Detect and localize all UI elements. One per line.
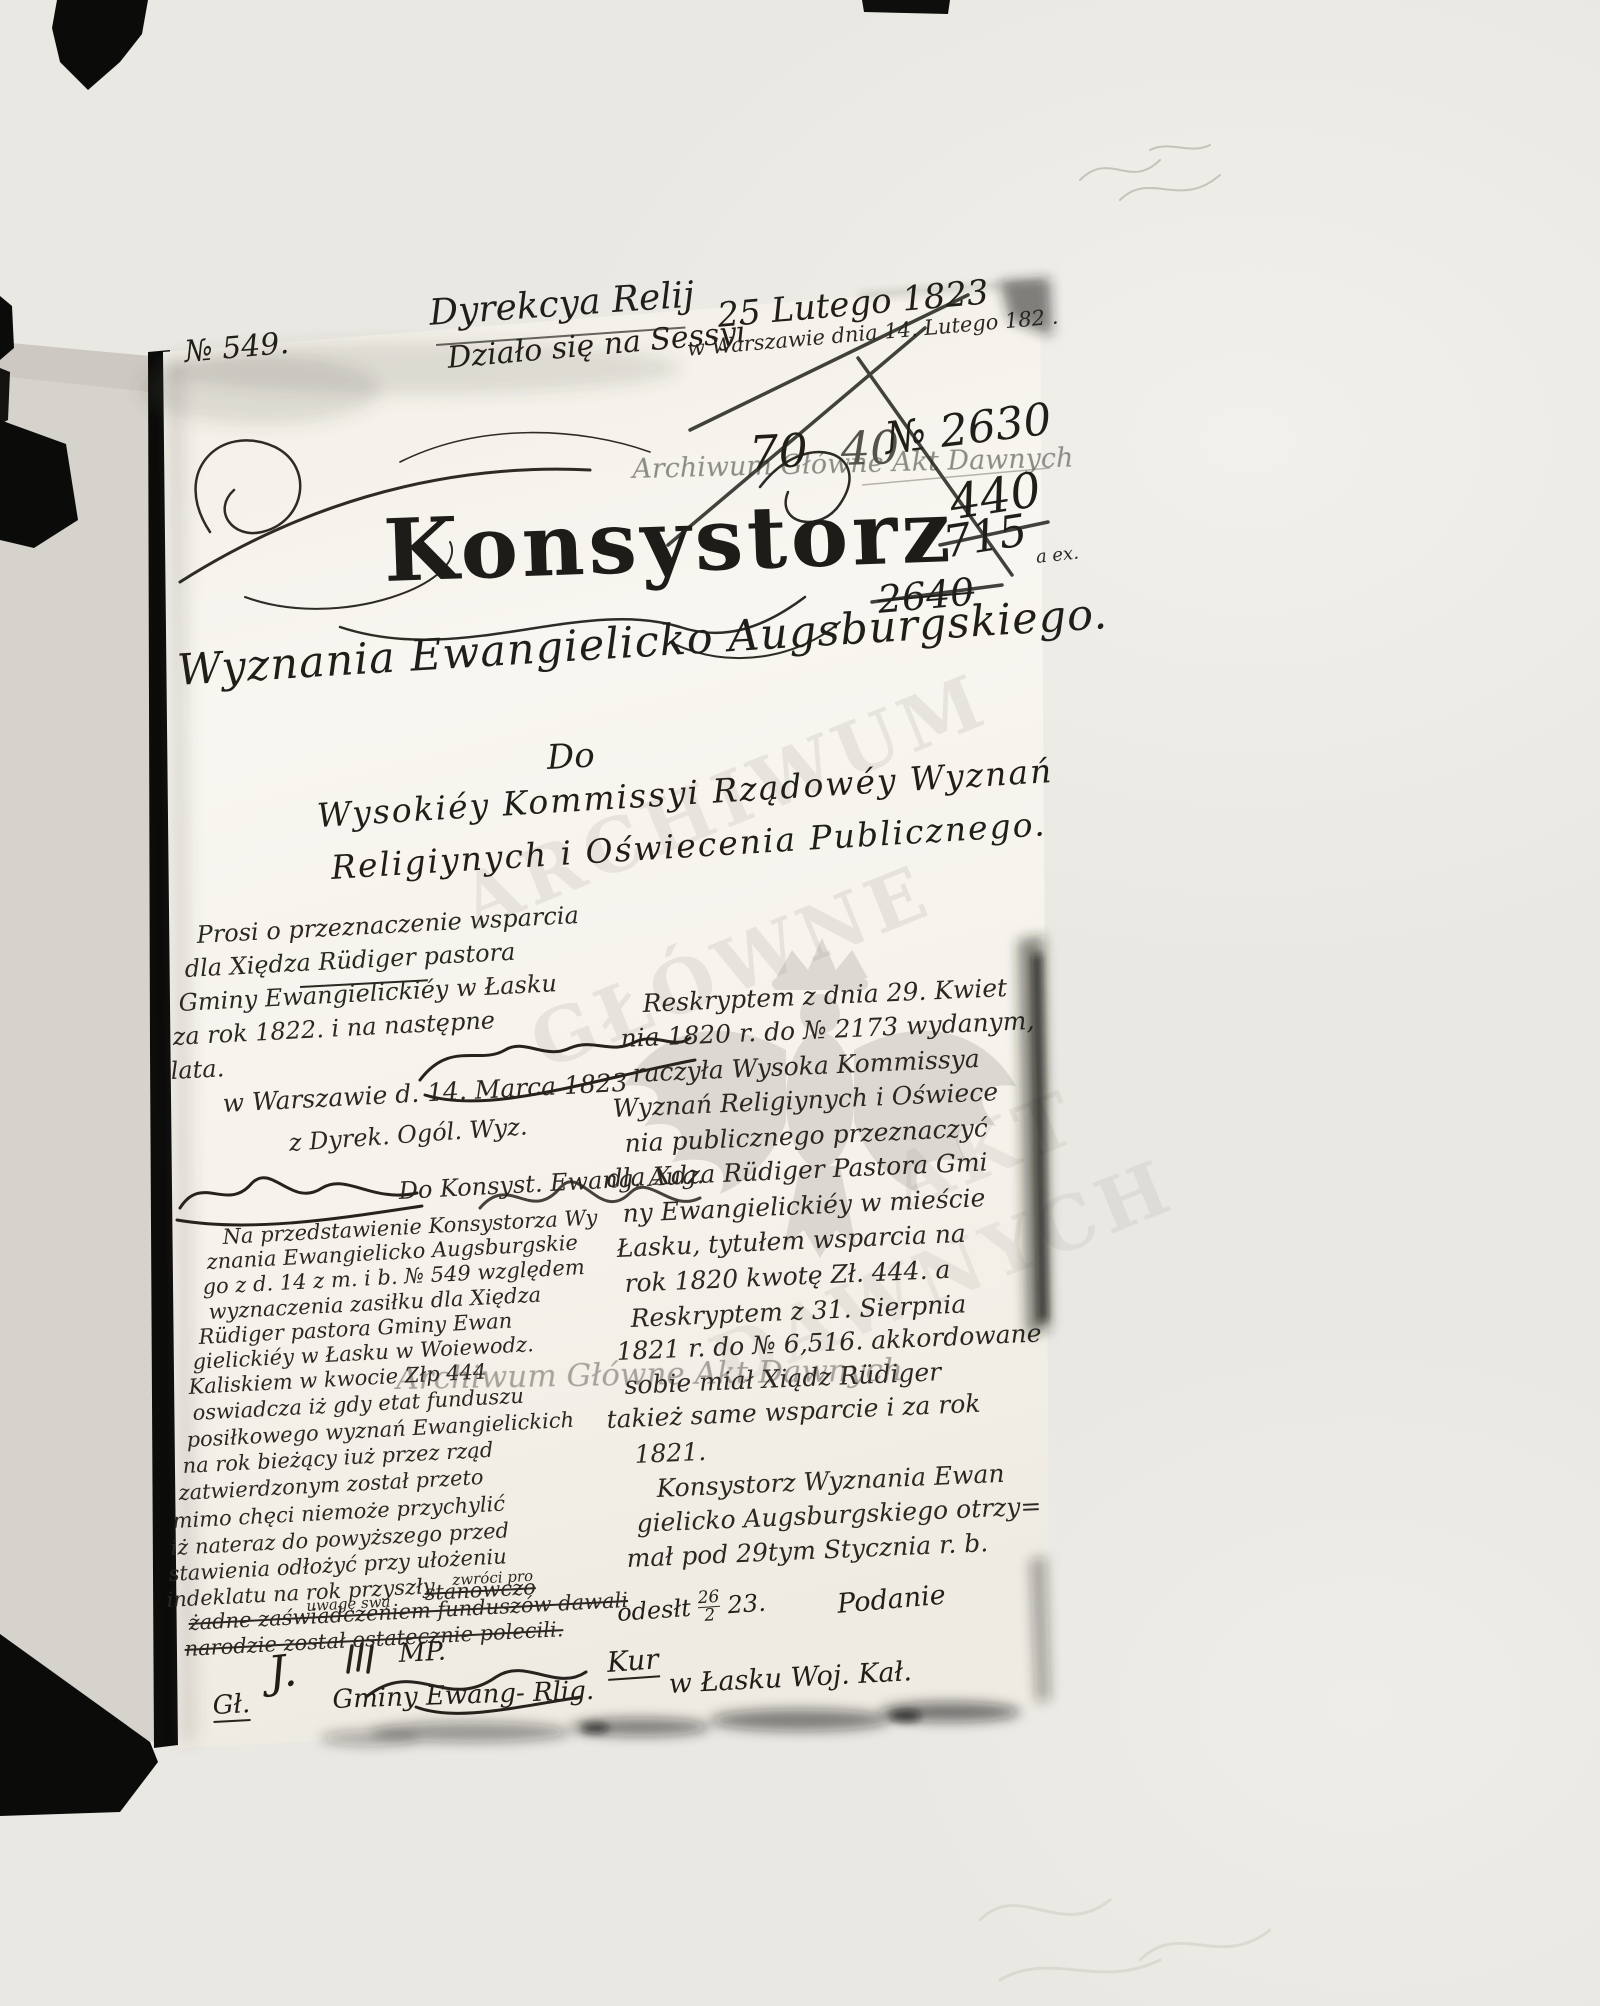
left-summary-line: lata. (170, 1055, 225, 1084)
received-word: odesłt (616, 1594, 692, 1627)
signature-flourish (410, 1020, 710, 1120)
ghost-marks (960, 1860, 1290, 2000)
received-year: 23. (727, 1589, 767, 1620)
archival-photo-scan: Archiwum Główne Akt Dawnych Archiwum Głó… (0, 0, 1600, 2006)
pen-strike (590, 270, 1070, 630)
received-date-fraction: 26 2 (697, 1589, 721, 1625)
fraction-denominator: 2 (698, 1606, 721, 1625)
addressee-do: Do (546, 738, 596, 778)
signature-flourish (172, 1158, 432, 1238)
signature-j: J. (266, 1647, 299, 1698)
signature-kur: Kur (606, 1644, 660, 1680)
scribble-overwrite (470, 1168, 710, 1228)
pencil-scribble (1070, 120, 1250, 230)
right-body-line: 1821. (634, 1438, 707, 1469)
signature-gl: Gł. (212, 1690, 251, 1723)
signature-flourish (356, 1652, 596, 1722)
interline-note: zwróci pro (452, 1568, 533, 1589)
